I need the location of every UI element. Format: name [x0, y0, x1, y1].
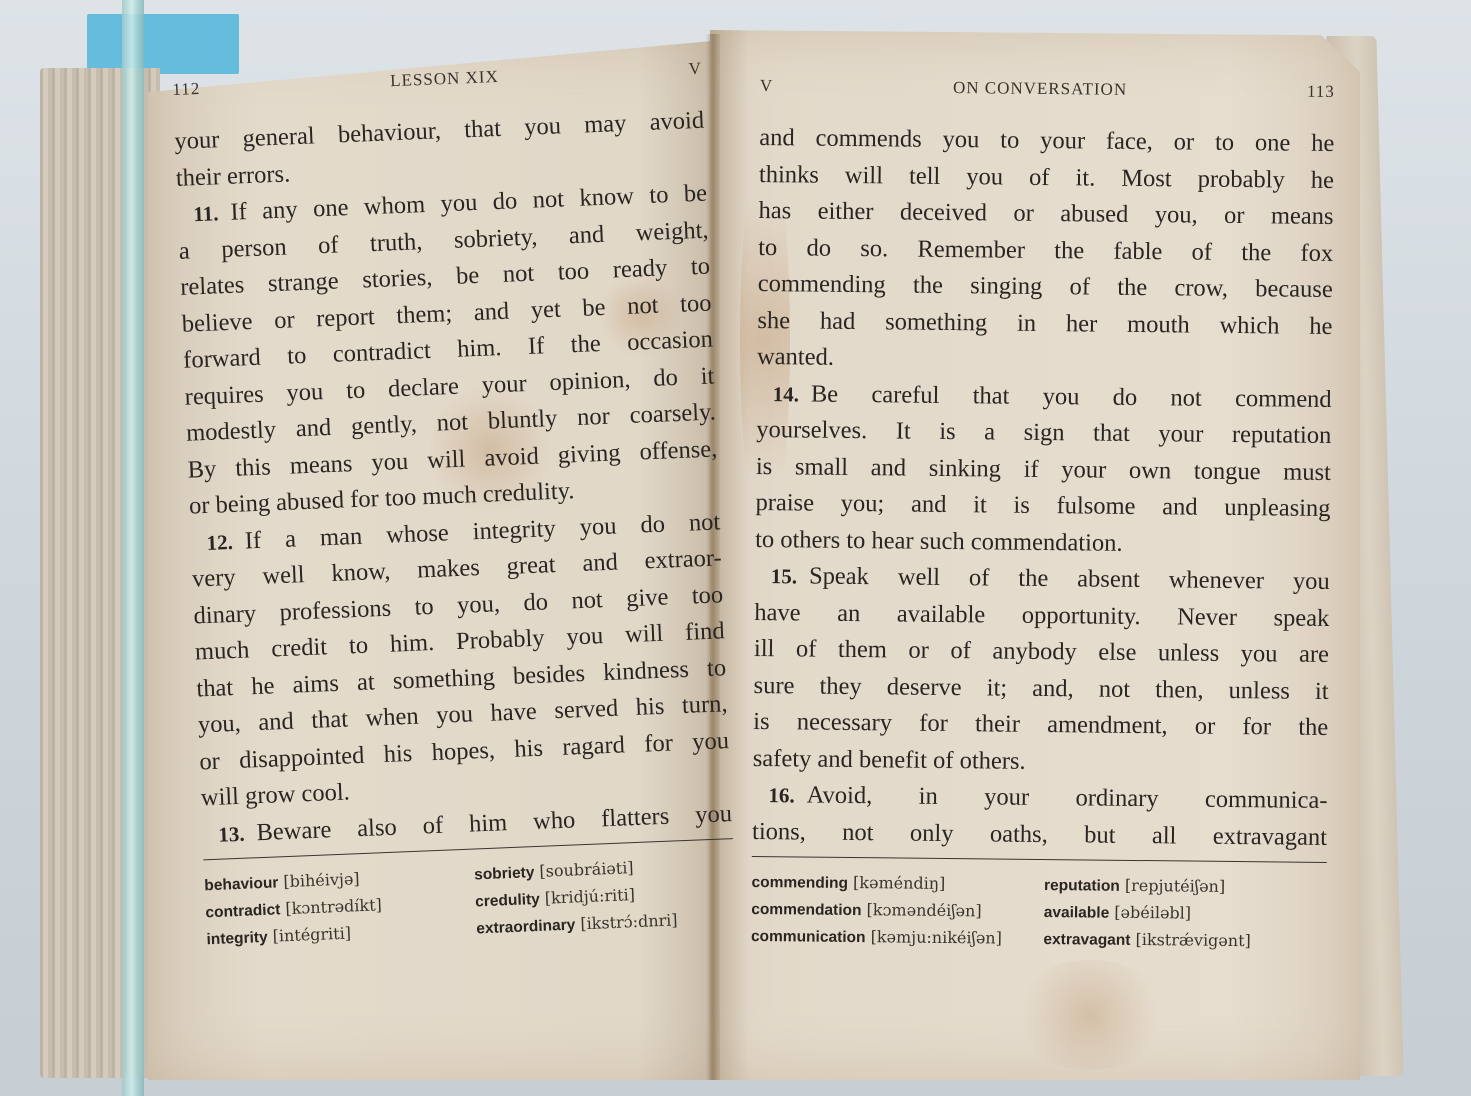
glossary-term: commendation [751, 901, 861, 919]
pronunciation: [repjutéiʃən] [1120, 876, 1226, 896]
pronunciation: [soubráiəti] [534, 858, 634, 881]
line-text: will grow cool. [200, 778, 350, 811]
text-line: is necessary for their amendment, or for… [753, 704, 1328, 747]
line-text: their errors. [175, 160, 290, 192]
glossary-entry: commending [kəméndiŋ] [751, 869, 1034, 899]
footnote-rule [752, 856, 1327, 863]
glossary-entry: extravagant [ikstrǽvigənt] [1043, 926, 1326, 956]
pronunciation: [bihéivjə] [278, 869, 360, 891]
paragraph-number: 12. [206, 529, 233, 554]
pronunciation: [kɔntrədíkt] [280, 895, 382, 918]
line-text: is small and sinking if your own tongue … [756, 452, 1331, 485]
line-text: Be careful that you do not commend [811, 380, 1332, 412]
pronunciation: [ikstrǽvigənt] [1130, 930, 1251, 950]
glossary-entry: available [əbéiləbl] [1044, 899, 1327, 929]
text-line: yourselves. It is a sign that your reput… [756, 412, 1331, 455]
glossary-term: available [1044, 904, 1110, 922]
glossary-entry: commendation [kɔməndéiʃən] [751, 896, 1034, 926]
line-text: is necessary for their amendment, or for… [753, 708, 1328, 741]
paragraph-number: 11. [193, 201, 219, 226]
pronunciation: [kridjú:riti] [539, 885, 635, 908]
text-line: have an available opportunity. Never spe… [754, 594, 1329, 637]
line-text: sure they deserve it; and, not then, unl… [753, 671, 1328, 704]
glossary-term: contradict [205, 901, 281, 921]
right-running-head: V ON CONVERSATION 113 [760, 76, 1335, 126]
line-text: yourselves. It is a sign that your reput… [756, 416, 1331, 449]
text-line: is small and sinking if your own tongue … [756, 448, 1331, 491]
blue-tape [87, 14, 239, 74]
running-title: LESSON XIX [390, 67, 499, 91]
line-text: she had something in her mouth which he [757, 306, 1332, 339]
page-number: 112 [172, 79, 201, 100]
text-line: commending the singing of the crow, beca… [758, 266, 1333, 309]
pronunciation: [kɔməndéiʃən] [861, 900, 981, 920]
foxing-stain [1010, 960, 1170, 1070]
line-text: to others to hear such commendation. [755, 525, 1123, 556]
glossary-term: communication [751, 928, 866, 946]
text-line: safety and benefit of others. [753, 740, 1328, 783]
line-text: and commends you to your face, or to one… [759, 124, 1334, 157]
text-line: wanted. [757, 339, 1332, 382]
line-text: commending the singing of the crow, beca… [758, 270, 1333, 303]
glossary-entry: reputation [repjutéiʃən] [1044, 872, 1327, 902]
page-number: 113 [1307, 82, 1335, 102]
glossary-term: credulity [475, 891, 540, 911]
glossary-term: extravagant [1043, 931, 1130, 949]
pronunciation: [kəmju:nikéiʃən] [865, 927, 1002, 947]
text-line: 15.Speak well of the absent whenever you [755, 558, 1330, 601]
glossary-term: sobriety [474, 864, 535, 883]
text-line: thinks will tell you of it. Most probabl… [759, 156, 1334, 199]
glossary-entry: communication [kəmju:nikéiʃən] [751, 923, 1034, 953]
line-text: Avoid, in your ordinary communica- [807, 782, 1328, 814]
paragraph-number: 16. [768, 783, 794, 807]
text-line: she had something in her mouth which he [757, 302, 1332, 345]
line-text: safety and benefit of others. [753, 744, 1026, 774]
left-body-text: your general behaviour, that you may avo… [174, 103, 733, 854]
left-page-content: 112 LESSON XIX V your general behaviour,… [172, 59, 737, 954]
running-title: ON CONVERSATION [953, 78, 1127, 100]
paragraph-number: 15. [771, 564, 797, 588]
text-line: has either deceived or abused you, or me… [758, 193, 1333, 236]
glass-rod [122, 0, 144, 1096]
line-text: have an available opportunity. Never spe… [754, 598, 1329, 631]
glossary-term: behaviour [204, 874, 279, 894]
line-text: wanted. [757, 343, 834, 371]
line-text: thinks will tell you of it. Most probabl… [759, 160, 1334, 193]
paragraph-number: 14. [773, 382, 799, 406]
glossary-term: commending [751, 874, 848, 892]
line-text: tions, not only oaths, but all extravaga… [752, 817, 1327, 850]
line-text: to do so. Remember the fable of the fox [758, 233, 1333, 266]
glossary-term: integrity [206, 929, 268, 948]
text-line: to do so. Remember the fable of the fox [758, 229, 1333, 272]
glossary-term: reputation [1044, 877, 1120, 895]
right-body-text: and commends you to your face, or to one… [752, 120, 1335, 856]
pronunciation: [əbéiləbl] [1109, 903, 1191, 923]
paragraph-number: 13. [218, 821, 245, 846]
text-line: ill of them or of anybody else unless yo… [754, 631, 1329, 674]
line-text: ill of them or of anybody else unless yo… [754, 635, 1329, 668]
line-text: praise you; and it is fulsome and unplea… [755, 489, 1330, 522]
text-line: 14.Be careful that you do not commend [756, 375, 1331, 418]
right-glossary: commending [kəméndiŋ]reputation [repjuté… [751, 869, 1327, 956]
pronunciation: [kəméndiŋ] [848, 873, 946, 893]
text-line: praise you; and it is fulsome and unplea… [755, 485, 1330, 528]
line-text: Speak well of the absent whenever you [809, 563, 1330, 595]
text-line: 16.Avoid, in your ordinary communica- [752, 777, 1327, 820]
pronunciation: [ikstrɔ́:dnri] [575, 910, 678, 933]
text-line: to others to hear such commendation. [755, 521, 1330, 564]
section-mark: V [760, 76, 773, 96]
pronunciation: [intégriti] [267, 924, 351, 946]
section-mark: V [688, 59, 702, 80]
glossary-term: extraordinary [476, 917, 576, 938]
line-text: has either deceived or abused you, or me… [758, 197, 1333, 230]
text-line: tions, not only oaths, but all extravaga… [752, 813, 1327, 856]
text-line: sure they deserve it; and, not then, unl… [753, 667, 1328, 710]
right-page-content: V ON CONVERSATION 113 and commends you t… [751, 76, 1335, 956]
text-line: and commends you to your face, or to one… [759, 120, 1334, 163]
